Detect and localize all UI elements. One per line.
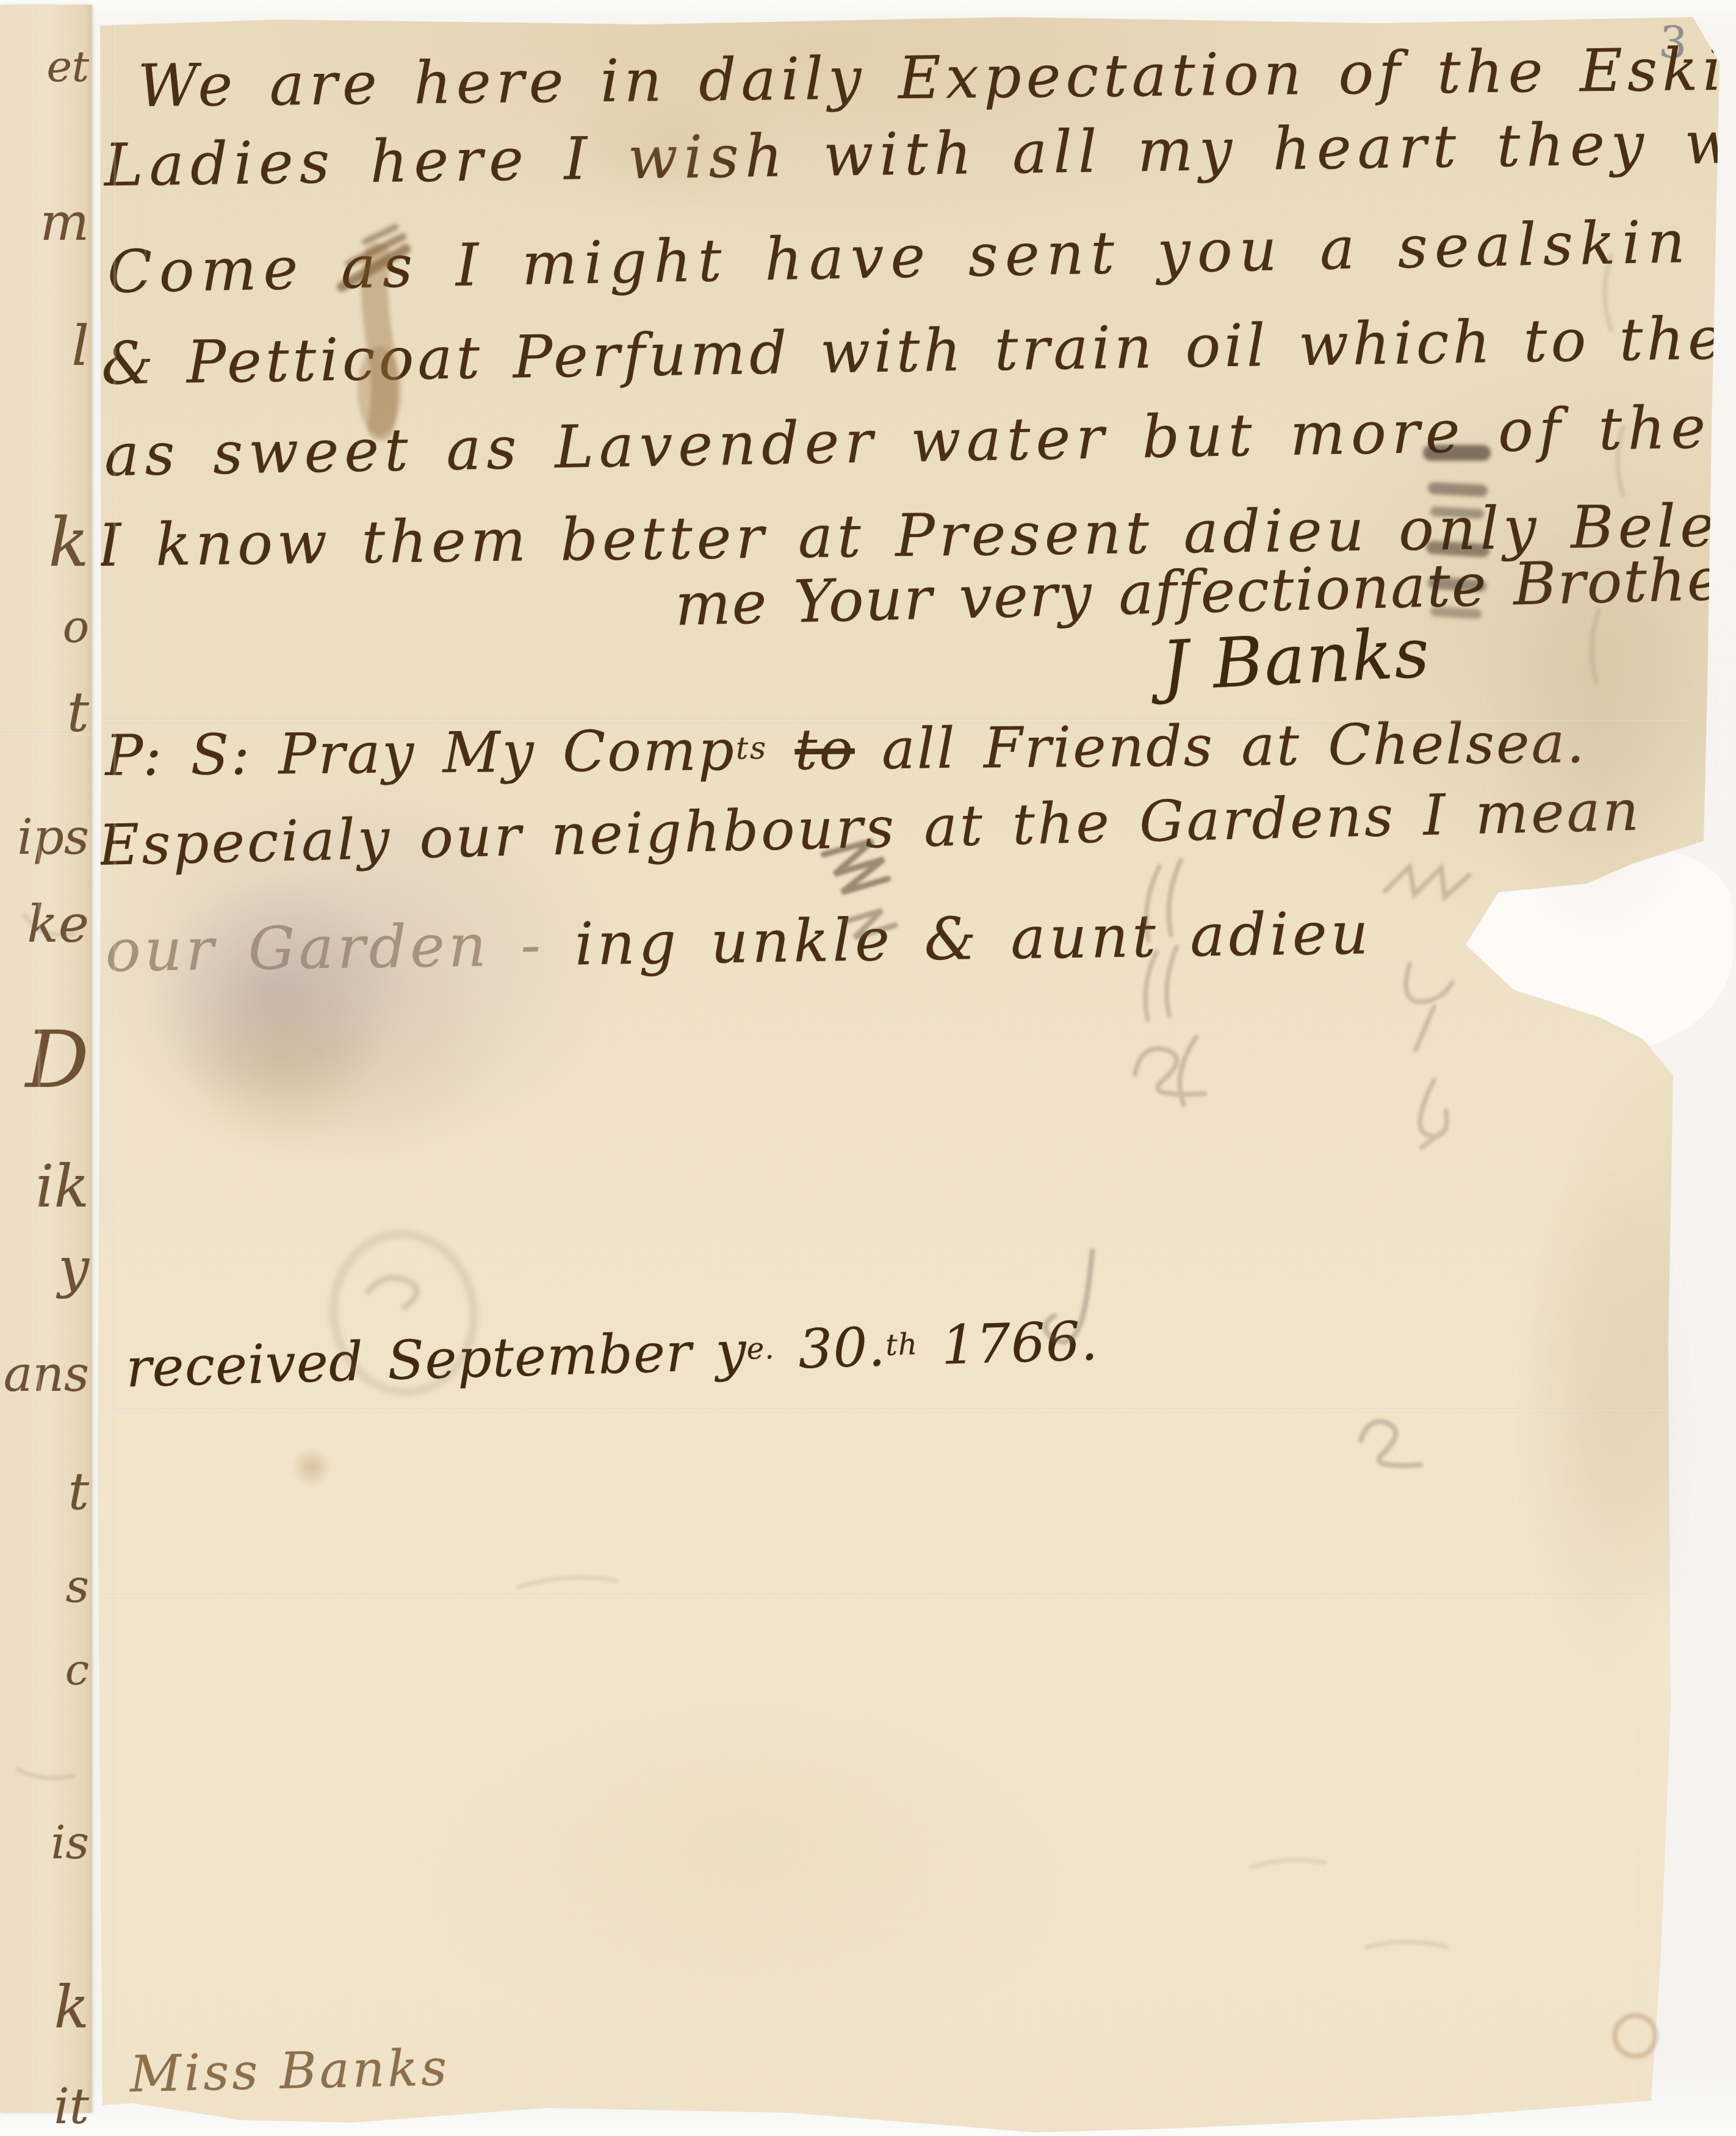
cutoff-word-fragment: ke (0, 894, 89, 954)
endorsement-text: received September y (125, 1319, 747, 1399)
cutoff-word-fragment: is (0, 1816, 89, 1869)
cutoff-word-fragment: t (0, 680, 89, 745)
letter-line: We are here in daily Expectation of the … (137, 34, 1736, 120)
superscript-th: th (885, 1327, 918, 1362)
letter-line: Ladies here I wish with all my heart the… (104, 107, 1736, 200)
postscript-text: ing unkle & aunt adieu (574, 899, 1372, 978)
docket-name: Miss Banks (129, 2039, 450, 2104)
letter-line: Come as I might have sent you a sealskin… (107, 203, 1736, 306)
postscript-line: P: S: Pray My Compts to all Friends at C… (105, 710, 1587, 788)
struck-word: to (794, 716, 855, 782)
endorsement-text: 30. (774, 1315, 887, 1381)
superscript-e: e. (746, 1331, 776, 1366)
postscript-text: all Friends at Chelsea. (882, 710, 1587, 782)
cutoff-word-fragment: it (0, 2078, 89, 2135)
cutoff-word-fragment: D (0, 1013, 89, 1106)
cutoff-word-fragment: t (0, 1462, 89, 1522)
cutoff-word-fragment: k (0, 1974, 89, 2041)
horizontal-fold-crease (107, 1409, 1669, 1412)
adjacent-page-sliver: et m l k o t ips ke D ik y ans t s c is … (0, 5, 92, 2113)
endorsement-text: 1766. (917, 1309, 1100, 1377)
cutoff-word-fragment: o (0, 601, 89, 652)
cutoff-word-fragment: l (0, 314, 89, 378)
letter-line: as sweet as Lavender water but more of t… (104, 388, 1736, 489)
cutoff-word-fragment: c (0, 1645, 89, 1695)
letter-sheet: 3 We are here in daily Expectation of th… (95, 6, 1722, 2135)
letter-line: & Petticoat Perfumd with train oil which… (101, 301, 1736, 398)
cutoff-word-fragment: et (0, 41, 89, 92)
cutoff-word-fragment: y (0, 1236, 89, 1300)
cutoff-word-fragment: ik (0, 1153, 89, 1221)
cutoff-word-fragment: k (0, 503, 89, 582)
cutoff-word-fragment: ans (0, 1346, 89, 1402)
vertical-fold-crease (1639, 1727, 1641, 2118)
superscript-ts: ts (736, 730, 768, 766)
postscript-text: P: S: Pray My Comp (105, 718, 736, 788)
horizontal-fold-crease (104, 1594, 1654, 1597)
cutoff-word-fragment: m (0, 192, 89, 253)
scanned-letter-page: et m l k o t ips ke D ik y ans t s c is … (0, 0, 1736, 2136)
faded-words: our Garden - (105, 911, 544, 985)
cutoff-word-fragment: ips (0, 809, 89, 865)
signature: J Banks (1159, 613, 1432, 707)
cutoff-word-fragment: s (0, 1559, 89, 1613)
postscript-line: our Garden - ing unkle & aunt adieu (105, 899, 1372, 985)
endorsement-date: received September ye. 30.th 1766. (125, 1309, 1099, 1399)
postscript-line: Especialy our neighbours at the Gardens … (98, 778, 1642, 878)
